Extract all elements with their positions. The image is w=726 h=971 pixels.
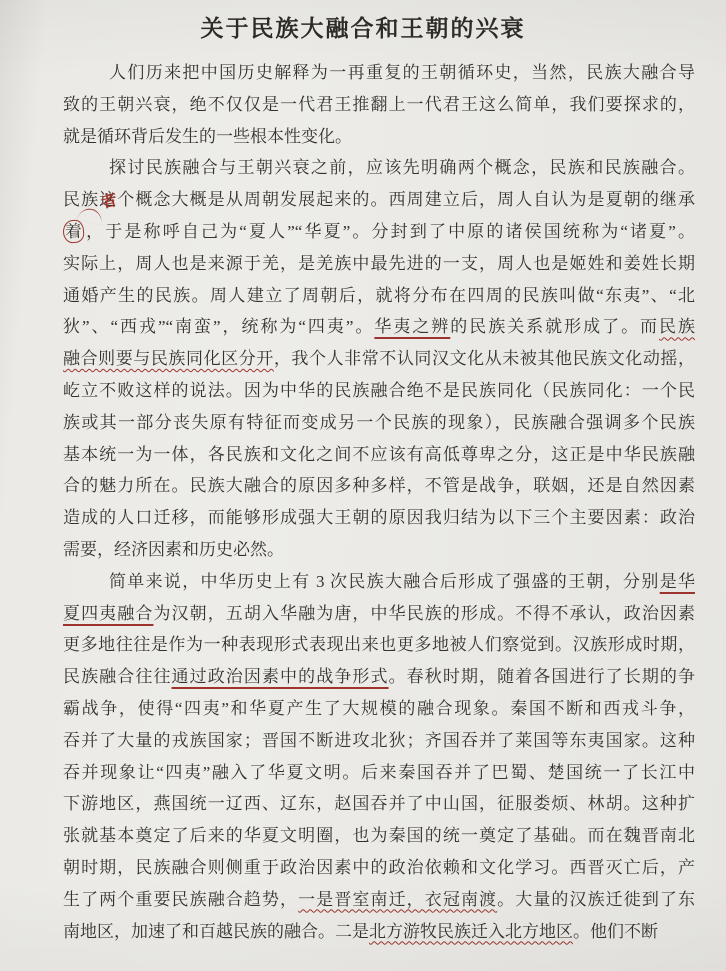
- text-run: 探讨民族融合与王朝兴衰之前，应该先明确两个概念，民族和民族融合。: [109, 158, 695, 177]
- text-line: 生了两个重要民族融合趋势，一是晋室南迁，衣冠南渡。大量的汉族迁徙到了东: [63, 884, 695, 916]
- text-line: 族或其一部分丧失原有特征而变成另一个民族的现象），民族融合强调多个民族: [63, 407, 695, 439]
- page-title: 关于民族大融合和王朝的兴衰: [0, 0, 726, 43]
- text-run: 南地区，加速了和百越民族的融合。二是: [63, 922, 369, 941]
- text-line: 通婚产生的民族。周人建立了周朝后，就将分布在四周的民族叫做“东夷”、“北: [63, 280, 695, 312]
- text-run: 简单来说，中华历史上有 3 次民族大融合后形成了强盛的王朝，分别: [109, 572, 660, 591]
- red-underline: 夏四夷融合: [63, 604, 153, 623]
- text-line: 造成的人口迁移，而能够形成强大王朝的原因我归结为以下三个主要因素：政治: [63, 502, 695, 534]
- text-line: 探讨民族融合与王朝兴衰之前，应该先明确两个概念，民族和民族融合。: [63, 152, 695, 184]
- text-line: 吞并了大量的戎族国家；晋国不断进攻北狄；齐国吞并了莱国等东夷国家。这种: [63, 725, 695, 757]
- red-wavy-underline: 融合则要与民族同化区分开: [63, 349, 274, 368]
- text-line: 致的王朝兴衰，绝不仅仅是一代君王推翻上一代君王这么简单，我们要探求的，: [63, 89, 695, 121]
- text-run: 张就基本奠定了后来的华夏文明圈，也为秦国的统一奠定了基础。而在魏晋南北: [63, 826, 695, 845]
- text-run: 民族融合往往: [63, 667, 172, 686]
- text-run: 人们历来把中国历史解释为一再重复的王朝循环史，当然，民族大融合导: [109, 63, 695, 82]
- text-run: 族或其一部分丧失原有特征而变成另一个民族的现象），民族融合强调多个民族: [63, 413, 695, 432]
- text-run: 。春秋时期，随着各国进行了长期的争: [389, 667, 695, 686]
- red-wavy-underline: 民族: [659, 317, 695, 336]
- text-run: 为汉朝，五胡入华融为唐，中华民族的形成。不得不承认，政治因素: [153, 604, 695, 623]
- text-line: 民族这个概念大概是从周朝发展起来的。西周建立后，周人自认为是夏朝的继承: [63, 184, 695, 216]
- red-wavy-underline: 一是晋室南迁，衣冠南渡: [298, 890, 497, 909]
- paragraph: 简单来说，中华历史上有 3 次民族大融合后形成了强盛的王朝，分别是华夏四夷融合为…: [63, 566, 695, 948]
- handwritten-correction: 者: [100, 193, 119, 212]
- text-run: 朝时期，民族融合则侧重于政治因素中的政治依赖和文化学习。西晋灭亡后，产: [63, 858, 695, 877]
- text-line: 夏四夷融合为汉朝，五胡入华融为唐，中华民族的形成。不得不承认，政治因素: [63, 598, 695, 630]
- corrected-character: 着者: [62, 219, 85, 243]
- red-wavy-underline: 北方游牧民族迁入北方地区: [369, 922, 573, 941]
- text-run: 更多地往往是作为一种表现形式表现出来也更多地被人们察觉到。汉族形成时期，: [63, 635, 695, 654]
- text-run: 的民族关系就形成了。而: [450, 317, 659, 336]
- text-line: 人们历来把中国历史解释为一再重复的王朝循环史，当然，民族大融合导: [63, 57, 695, 89]
- text-line: 融合则要与民族同化区分开，我个人非常不认同汉文化从未被其他民族文化动摇，: [63, 343, 695, 375]
- document-body: 人们历来把中国历史解释为一再重复的王朝循环史，当然，民族大融合导致的王朝兴衰，绝…: [63, 57, 695, 947]
- text-run: 造成的人口迁移，而能够形成强大王朝的原因我归结为以下三个主要因素：政治: [63, 508, 695, 527]
- text-run: 下游地区，燕国统一辽西、辽东，赵国吞并了中山国，征服娄烦、林胡。这种扩: [63, 794, 695, 813]
- document-page: 关于民族大融合和王朝的兴衰 人们历来把中国历史解释为一再重复的王朝循环史，当然，…: [0, 0, 726, 971]
- text-run: 屹立不败这样的说法。因为中华的民族融合绝不是民族同化（民族同化：一个民: [63, 381, 695, 400]
- text-line: 合的魅力所在。民族大融合的原因多种多样，不管是战争，联姻，还是自然因素: [63, 470, 695, 502]
- text-run: 民族这个概念大概是从周朝发展起来的。西周建立后，周人自认为是夏朝的继承: [63, 190, 695, 209]
- text-run: 。他们不断: [573, 922, 658, 941]
- text-line: 下游地区，燕国统一辽西、辽东，赵国吞并了中山国，征服娄烦、林胡。这种扩: [63, 788, 695, 820]
- text-line: 着者，于是称呼自己为“夏人”“华夏”。分封到了中原的诸侯国统称为“诸夏”。: [63, 216, 695, 248]
- text-run: 需要，经济因素和历史必然。: [63, 540, 284, 559]
- text-line: 简单来说，中华历史上有 3 次民族大融合后形成了强盛的王朝，分别是华: [63, 566, 695, 598]
- text-line: 基本统一为一体，各民族和文化之间不应该有高低尊卑之分，这正是中华民族融: [63, 439, 695, 471]
- text-run: 。大量的汉族迁徙到了东: [497, 890, 695, 909]
- text-run: ，于是称呼自己为“夏人”“华夏”。分封到了中原的诸侯国统称为“诸夏”。: [84, 222, 695, 241]
- text-run: 吞并了大量的戎族国家；晋国不断进攻北狄；齐国吞并了莱国等东夷国家。这种: [63, 731, 695, 750]
- text-line: 更多地往往是作为一种表现形式表现出来也更多地被人们察觉到。汉族形成时期，: [63, 629, 695, 661]
- text-line: 狄”、“西戎”“南蛮”，统称为“四夷”。华夷之辨的民族关系就形成了。而民族: [63, 311, 695, 343]
- red-underline: 华夷之辨: [374, 317, 450, 336]
- text-run: 狄”、“西戎”“南蛮”，统称为“四夷”。: [63, 317, 374, 336]
- red-underline: 通过政治因素中的战争形式: [172, 667, 389, 686]
- text-line: 吞并现象让“四夷”融入了华夏文明。后来秦国吞并了巴蜀、楚国统一了长江中: [63, 757, 695, 789]
- text-run: 就是循环背后发生的一些根本性变化。: [63, 127, 352, 146]
- text-line: 屹立不败这样的说法。因为中华的民族融合绝不是民族同化（民族同化：一个民: [63, 375, 695, 407]
- text-run: 致的王朝兴衰，绝不仅仅是一代君王推翻上一代君王这么简单，我们要探求的，: [63, 95, 695, 114]
- text-run: 霸战争，使得“四夷”和华夏产生了大规模的融合现象。秦国不断和西戎斗争，: [63, 699, 695, 718]
- text-run: 合的魅力所在。民族大融合的原因多种多样，不管是战争，联姻，还是自然因素: [63, 476, 695, 495]
- paragraph: 探讨民族融合与王朝兴衰之前，应该先明确两个概念，民族和民族融合。民族这个概念大概…: [63, 152, 695, 565]
- text-line: 霸战争，使得“四夷”和华夏产生了大规模的融合现象。秦国不断和西戎斗争，: [63, 693, 695, 725]
- text-run: 基本统一为一体，各民族和文化之间不应该有高低尊卑之分，这正是中华民族融: [63, 445, 695, 464]
- text-line: 张就基本奠定了后来的华夏文明圈，也为秦国的统一奠定了基础。而在魏晋南北: [63, 820, 695, 852]
- text-run: 通婚产生的民族。周人建立了周朝后，就将分布在四周的民族叫做“东夷”、“北: [63, 286, 695, 305]
- text-line: 朝时期，民族融合则侧重于政治因素中的政治依赖和文化学习。西晋灭亡后，产: [63, 852, 695, 884]
- text-line: 需要，经济因素和历史必然。: [63, 534, 695, 566]
- text-line: 民族融合往往通过政治因素中的战争形式。春秋时期，随着各国进行了长期的争: [63, 661, 695, 693]
- text-run: 实际上，周人也是来源于羌，是羌族中最先进的一支，周人也是姬姓和姜姓长期: [63, 254, 695, 273]
- text-run: 吞并现象让“四夷”融入了华夏文明。后来秦国吞并了巴蜀、楚国统一了长江中: [63, 763, 695, 782]
- text-run: ，我个人非常不认同汉文化从未被其他民族文化动摇，: [274, 349, 695, 368]
- paragraph: 人们历来把中国历史解释为一再重复的王朝循环史，当然，民族大融合导致的王朝兴衰，绝…: [63, 57, 695, 152]
- text-line: 实际上，周人也是来源于羌，是羌族中最先进的一支，周人也是姬姓和姜姓长期: [63, 248, 695, 280]
- text-line: 南地区，加速了和百越民族的融合。二是北方游牧民族迁入北方地区。他们不断: [63, 916, 695, 948]
- text-run: 生了两个重要民族融合趋势，: [63, 890, 298, 909]
- red-underline: 是华: [660, 572, 695, 591]
- text-line: 就是循环背后发生的一些根本性变化。: [63, 121, 695, 153]
